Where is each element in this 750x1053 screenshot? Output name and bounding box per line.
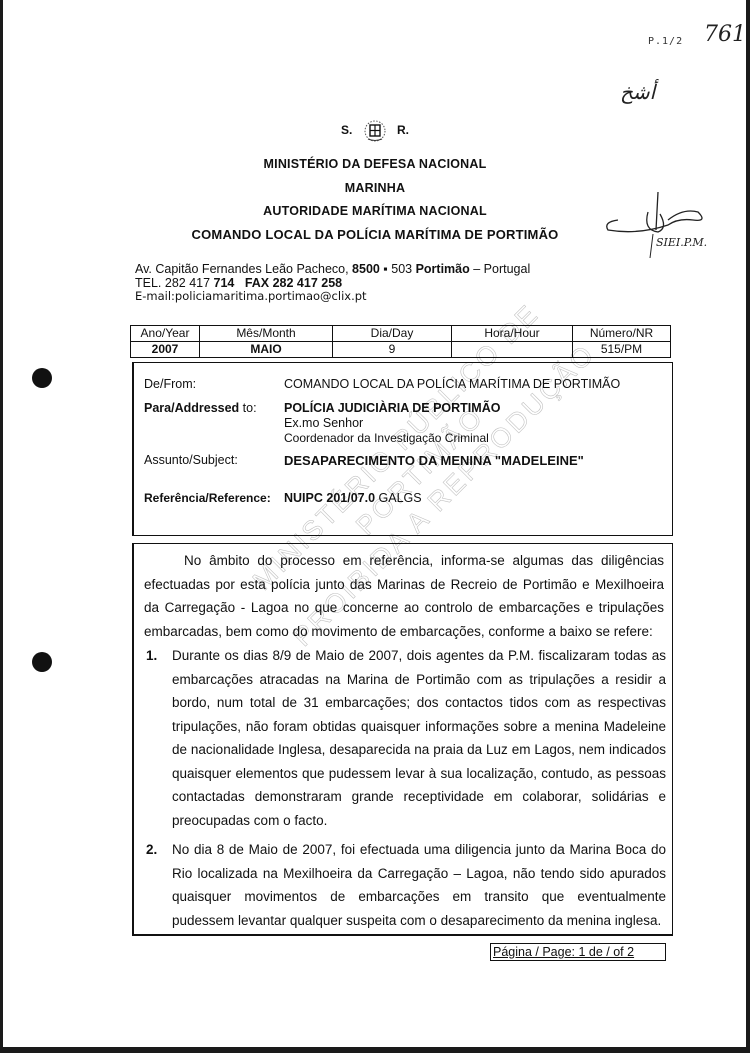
header-hour: Hora/Hour [452, 326, 573, 342]
signature: SIEI.P.M. [598, 190, 718, 260]
reference-value: NUIPC 201/07.0 GALGS [284, 491, 422, 505]
scan-edge-bottom [0, 1047, 750, 1053]
list-item: 2. No dia 8 de Maio de 2007, foi efectua… [144, 838, 666, 932]
address-block: Av. Capitão Fernandes Leão Pacheco, 8500… [135, 263, 530, 304]
value-number: 515/PM [573, 342, 671, 358]
to-value-title: Coordenador da Investigação Criminal [284, 431, 489, 445]
value-month: MAIO [200, 342, 333, 358]
street-address: Av. Capitão Fernandes Leão Pacheco, 8500… [135, 263, 530, 277]
meta-header-row: Ano/Year Mês/Month Dia/Day Hora/Hour Núm… [131, 326, 671, 342]
ministry-title: MINISTÉRIO DA DEFESA NACIONAL [0, 157, 750, 171]
subject-label: Assunto/Subject: [144, 453, 238, 467]
email-address: E-mail:policiamaritima.portimao@clix.pt [135, 290, 530, 304]
page-reference: P.1/2 [648, 36, 683, 47]
from-value: COMANDO LOCAL DA POLÍCIA MARÍTIMA DE POR… [284, 377, 620, 391]
routing-box: De/From: COMANDO LOCAL DA POLÍCIA MARÍTI… [132, 362, 673, 536]
value-day: 9 [333, 342, 452, 358]
item-number: 2. [146, 838, 157, 862]
subject-value: DESAPARECIMENTO DA MENINA "MADELEINE" [284, 453, 584, 468]
letterhead-crest: S. R. [0, 120, 750, 142]
svg-text:SIEI.P.M.: SIEI.P.M. [656, 236, 707, 249]
header-year: Ano/Year [131, 326, 200, 342]
to-value-agency: POLÍCIA JUDICIÀRIA DE PORTIMÃO [284, 401, 500, 415]
body-box: No âmbito do processo em referência, inf… [132, 543, 673, 936]
value-year: 2007 [131, 342, 200, 358]
from-label: De/From: [144, 377, 196, 391]
meta-value-row: 2007 MAIO 9 515/PM [131, 342, 671, 358]
phone-fax: TEL. 282 417 714 FAX 282 417 258 [135, 277, 530, 291]
header-number: Número/NR [573, 326, 671, 342]
crest-right-text: R. [397, 123, 409, 137]
intro-paragraph: No âmbito do processo em referência, inf… [144, 549, 664, 643]
handwritten-number: 761 [704, 22, 746, 47]
page-indicator: Página / Page: 1 de / of 2 [490, 943, 666, 961]
punch-hole-bottom [32, 652, 52, 672]
coat-of-arms-icon [362, 120, 388, 142]
header-month: Mês/Month [200, 326, 333, 342]
reference-label: Referência/Reference: [144, 491, 271, 505]
to-label: Para/Addressed to: [144, 401, 257, 415]
item-text: No dia 8 de Maio de 2007, foi efectuada … [172, 838, 666, 932]
item-text: Durante os dias 8/9 de Maio de 2007, doi… [172, 644, 666, 832]
to-value-salutation: Ex.mo Senhor [284, 416, 363, 430]
handwritten-mark: أشخ [620, 80, 655, 104]
document-meta-table: Ano/Year Mês/Month Dia/Day Hora/Hour Núm… [130, 325, 671, 358]
header-day: Dia/Day [333, 326, 452, 342]
crest-left-text: S. [341, 123, 352, 137]
value-hour [452, 342, 573, 358]
punch-hole-top [32, 368, 52, 388]
item-number: 1. [146, 644, 157, 668]
list-item: 1. Durante os dias 8/9 de Maio de 2007, … [144, 644, 666, 832]
